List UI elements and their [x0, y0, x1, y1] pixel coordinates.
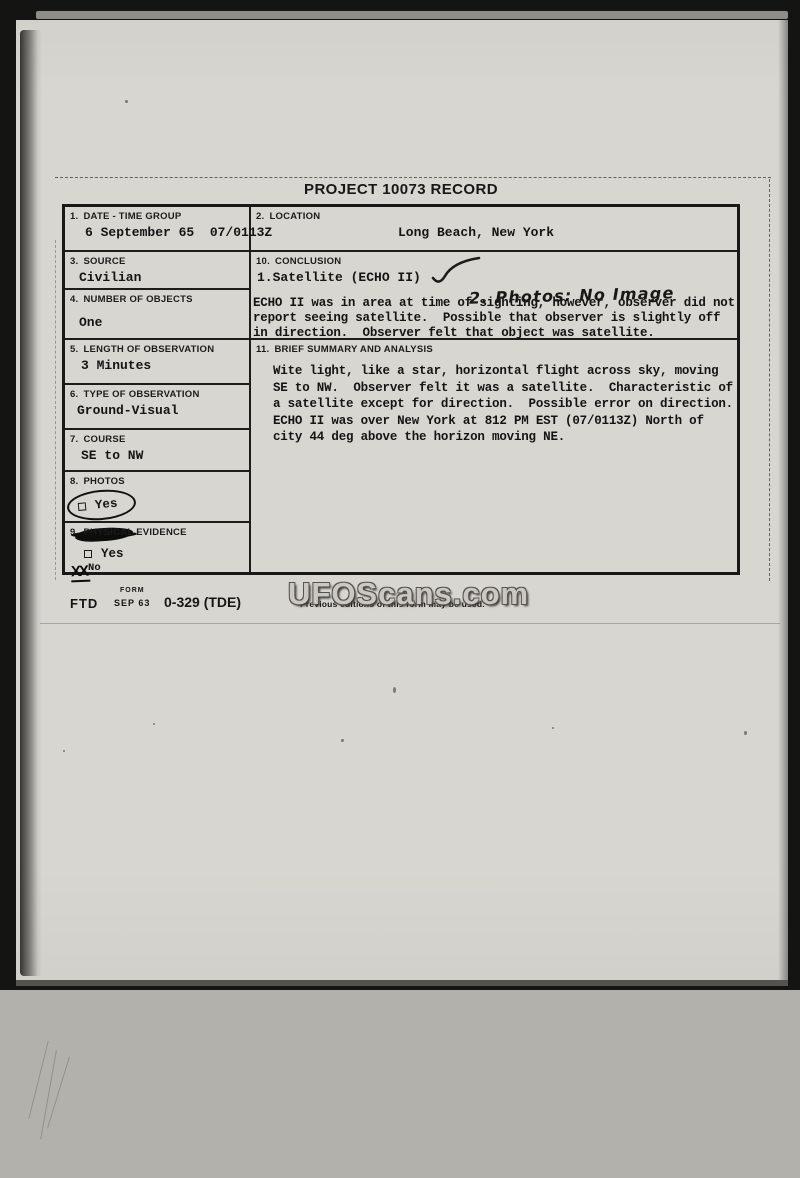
field-number: 4.	[70, 294, 78, 305]
watermark: UFOScans.com	[288, 576, 529, 612]
field-label: 8.PHOTOS	[65, 472, 249, 487]
field-label: 9.PHYSICAL EVIDENCE	[65, 523, 249, 538]
field-number: 3.	[70, 256, 78, 267]
footer-form-number: 0-329 (TDE)	[164, 594, 241, 610]
field-label-text: CONCLUSION	[275, 256, 341, 267]
field-label-text: LOCATION	[269, 211, 320, 222]
field-number: 5.	[70, 344, 78, 355]
paper-stack-edge	[36, 11, 788, 19]
dust-speck	[153, 723, 155, 725]
field-value: Civilian	[79, 270, 249, 285]
field-value: One	[79, 315, 249, 330]
dust-speck	[393, 687, 396, 693]
photos-yes-label: Yes	[94, 497, 118, 513]
field-physical-evidence: 9.PHYSICAL EVIDENCE Yes XXNo	[65, 523, 251, 572]
field-number-of-objects: 4.NUMBER OF OBJECTS One	[65, 290, 251, 340]
field-number: 8.	[70, 476, 78, 487]
field-label: 3.SOURCE	[65, 252, 249, 267]
field-label-text: TYPE OF OBSERVATION	[83, 389, 199, 400]
field-label: 4.NUMBER OF OBJECTS	[65, 290, 249, 305]
field-label-text: PHOTOS	[83, 476, 124, 487]
field-label: 10.CONCLUSION	[251, 252, 737, 267]
dust-speck	[125, 100, 128, 103]
field-label: 11.BRIEF SUMMARY AND ANALYSIS	[251, 340, 737, 355]
field-number: 6.	[70, 389, 78, 400]
field-number: 10.	[256, 256, 270, 267]
scanned-document: PROJECT 10073 RECORD 1.DATE - TIME GROUP…	[0, 0, 800, 1178]
dust-speck	[341, 739, 344, 742]
form-title: PROJECT 10073 RECORD	[62, 181, 740, 198]
field-label-text: BRIEF SUMMARY AND ANALYSIS	[274, 344, 433, 355]
dust-speck	[63, 750, 65, 752]
field-length-of-observation: 5.LENGTH OF OBSERVATION 3 Minutes	[65, 340, 251, 385]
form-cutline-top	[55, 177, 771, 178]
footer-agency: FTD	[70, 596, 98, 611]
field-value: 6 September 65 07/0113Z	[85, 225, 249, 240]
footer-form-word: FORM	[120, 587, 145, 594]
field-location: 2.LOCATION Long Beach, New York	[251, 207, 737, 252]
field-source: 3.SOURCE Civilian	[65, 252, 251, 290]
form-cutline-left	[55, 240, 56, 580]
field-label-text: COURSE	[83, 434, 125, 445]
field-number: 11.	[256, 344, 269, 355]
field-photos: 8.PHOTOS Yes	[65, 472, 251, 523]
handwritten-xx-mark: XX	[71, 563, 91, 583]
dust-speck	[552, 727, 554, 729]
field-date-time-group: 1.DATE - TIME GROUP 6 September 65 07/01…	[65, 207, 251, 252]
field-label-text: PHYSICAL EVIDENCE	[83, 527, 186, 538]
field-type-of-observation: 6.TYPE OF OBSERVATION Ground-Visual	[65, 385, 251, 430]
field-label-text: NUMBER OF OBJECTS	[83, 294, 192, 305]
field-number: 1.	[70, 211, 78, 222]
photos-yes-circled: Yes	[66, 487, 137, 523]
field-conclusion: 10.CONCLUSION 1.Satellite (ECHO II) 2. P…	[251, 252, 737, 340]
scanner-background	[0, 990, 800, 1178]
footer-form-date: SEP 63	[114, 598, 150, 608]
field-label-text: LENGTH OF OBSERVATION	[83, 344, 214, 355]
dust-speck	[744, 731, 747, 735]
field-number: 7.	[70, 434, 78, 445]
field-label: 5.LENGTH OF OBSERVATION	[65, 340, 249, 355]
field-label: 6.TYPE OF OBSERVATION	[65, 385, 249, 400]
field-brief-summary: 11.BRIEF SUMMARY AND ANALYSIS Wite light…	[251, 340, 737, 572]
form-cutline-right	[769, 179, 770, 581]
page-right-shadow	[778, 20, 788, 980]
field-label: 2.LOCATION	[251, 207, 737, 222]
field-course: 7.COURSE SE to NW	[65, 430, 251, 472]
field-number: 9.	[70, 527, 78, 538]
checkbox-icon	[78, 502, 87, 511]
field-value: SE to NW	[81, 448, 249, 463]
scan-artifact-line	[40, 623, 780, 624]
field-value: 3 Minutes	[81, 358, 249, 373]
field-label: 1.DATE - TIME GROUP	[65, 207, 249, 222]
field-label-text: DATE - TIME GROUP	[83, 211, 181, 222]
field-value: Ground-Visual	[77, 403, 249, 418]
field-number: 2.	[256, 211, 264, 222]
handwritten-checkmark-icon	[429, 256, 483, 286]
field-label-text: SOURCE	[83, 256, 125, 267]
page-curl-shadow	[20, 30, 42, 976]
checkbox-icon	[84, 550, 92, 558]
physical-evidence-yes-label: Yes	[101, 547, 124, 561]
field-label: 7.COURSE	[65, 430, 249, 445]
record-form-table: 1.DATE - TIME GROUP 6 September 65 07/01…	[62, 204, 740, 575]
dust-speck	[498, 438, 500, 440]
field-value: Long Beach, New York	[398, 225, 737, 240]
summary-body: Wite light, like a star, horizontal flig…	[273, 363, 733, 446]
